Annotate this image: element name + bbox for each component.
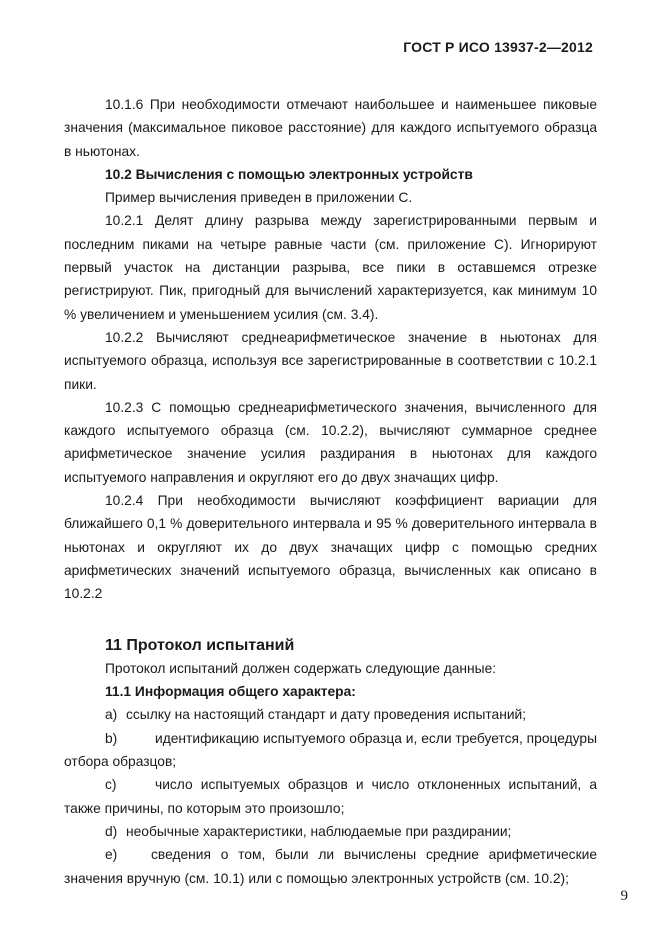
paragraph-10-2-4: 10.2.4 При необходимости вычисляют коэфф…: [64, 489, 597, 605]
list-item-c: c)число испытуемых образцов и число откл…: [64, 773, 597, 820]
subheading-11-1: 11.1 Информация общего характера:: [64, 680, 597, 703]
list-item-text: необычные характеристики, наблюдаемые пр…: [126, 824, 511, 839]
paragraph-10-2-2: 10.2.2 Вычисляют среднеарифметическое зн…: [64, 326, 597, 396]
list-item-e: e)сведения о том, были ли вычислены сред…: [64, 843, 597, 890]
list-item-d: d)необычные характеристики, наблюдаемые …: [64, 820, 597, 843]
list-item-marker: c): [105, 773, 155, 796]
section-heading-11: 11 Протокол испытаний: [64, 634, 597, 657]
paragraph-10-2-3: 10.2.3 С помощью среднеарифметического з…: [64, 396, 597, 489]
paragraph-protocol-intro: Протокол испытаний должен содержать след…: [64, 657, 597, 680]
list-item-marker: d): [105, 820, 126, 843]
list-item-b: b)идентификацию испытуемого образца и, е…: [64, 727, 597, 774]
paragraph-10-2-1: 10.2.1 Делят длину разрыва между зарегис…: [64, 209, 597, 325]
standard-number-header: ГОСТ Р ИСО 13937-2—2012: [403, 39, 593, 55]
paragraph-10-1-6: 10.1.6 При необходимости отмечают наибол…: [64, 93, 597, 163]
document-page: ГОСТ Р ИСО 13937-2—2012 10.1.6 При необх…: [0, 0, 661, 936]
list-item-marker: a): [105, 703, 126, 726]
page-number: 9: [621, 888, 629, 905]
subheading-10-2: 10.2 Вычисления с помощью электронных ус…: [64, 163, 597, 186]
list-item-a: a)ссылку на настоящий стандарт и дату пр…: [64, 703, 597, 726]
list-item-marker: b): [105, 727, 155, 750]
list-item-marker: e): [105, 843, 151, 866]
list-item-text: ссылку на настоящий стандарт и дату пров…: [126, 707, 526, 722]
document-body: 10.1.6 При необходимости отмечают наибол…: [64, 93, 597, 890]
paragraph-example: Пример вычисления приведен в приложении …: [64, 186, 597, 209]
